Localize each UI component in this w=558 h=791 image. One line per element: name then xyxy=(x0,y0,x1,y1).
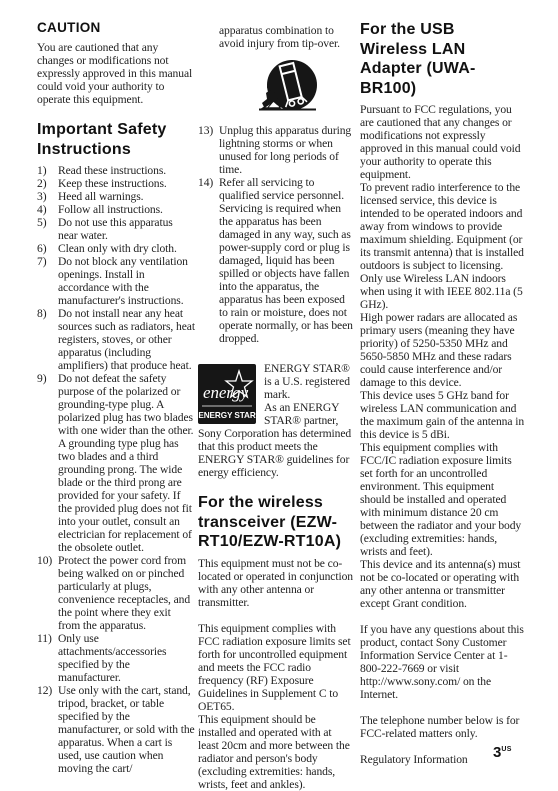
instruction-text: Clean only with dry cloth. xyxy=(58,242,195,255)
middle-column: apparatus combination to avoid injury fr… xyxy=(198,24,355,791)
instruction-number: 9) xyxy=(37,372,58,385)
instruction-text: Keep these instructions. xyxy=(58,177,195,190)
instruction-number: 4) xyxy=(37,203,58,216)
energy-star-section: energy ENERGY STAR ENERGY STAR® is a U.S… xyxy=(198,362,355,479)
instruction-number: 6) xyxy=(37,242,58,255)
paragraph: This equipment complies with FCC radiati… xyxy=(198,622,355,713)
instruction-item: 13) Unplug this apparatus during lightni… xyxy=(198,124,355,176)
instruction-text: Heed all warnings. xyxy=(58,190,195,203)
instruction-item: 8) Do not install near any heat sources … xyxy=(37,307,195,372)
energy-star-script-word: energy xyxy=(203,383,249,402)
instruction-text: Do not defeat the safety purpose of the … xyxy=(58,372,195,554)
right-column: For the USB Wireless LAN Adapter (UWA-BR… xyxy=(360,20,526,766)
instruction-number: 11) xyxy=(37,632,58,645)
instruction-text: Refer all servicing to qualified service… xyxy=(219,176,355,345)
paragraph: This equipment should be installed and o… xyxy=(198,713,355,791)
instruction-item: 5) Do not use this apparatus near water. xyxy=(37,216,195,242)
instruction-number: 8) xyxy=(37,307,58,320)
instruction-item: 1) Read these instructions. xyxy=(37,164,195,177)
instruction-item: 2) Keep these instructions. xyxy=(37,177,195,190)
wireless-transceiver-heading: For the wireless transceiver (EZW-RT10/E… xyxy=(198,493,355,552)
instruction-12-continuation: apparatus combination to avoid injury fr… xyxy=(198,24,355,50)
instruction-number: 2) xyxy=(37,177,58,190)
instruction-number: 7) xyxy=(37,255,58,268)
usb-wireless-lan-adapter-heading: For the USB Wireless LAN Adapter (UWA-BR… xyxy=(360,20,526,98)
instruction-item: 7) Do not block any ventilation openings… xyxy=(37,255,195,307)
paragraph: This equipment must not be co-located or… xyxy=(198,557,355,609)
support-contact-paragraph: If you have any questions about this pro… xyxy=(360,623,526,701)
cart-tip-over-warning-icon xyxy=(254,59,318,115)
instruction-number: 10) xyxy=(37,554,58,567)
instruction-text: Read these instructions. xyxy=(58,164,195,177)
left-column: CAUTION You are cautioned that any chang… xyxy=(37,20,195,775)
instruction-text: Do not use this apparatus near water. xyxy=(58,216,195,242)
paragraph: This device and its antenna(s) must not … xyxy=(360,558,526,610)
energy-star-logo: energy ENERGY STAR xyxy=(198,364,256,424)
caution-text: You are cautioned that any changes or mo… xyxy=(37,41,195,106)
energy-star-logo-label: ENERGY STAR xyxy=(198,411,255,420)
instruction-item: 14) Refer all servicing to qualified ser… xyxy=(198,176,355,345)
instruction-item: 10) Protect the power cord from being wa… xyxy=(37,554,195,632)
caution-heading: CAUTION xyxy=(37,20,195,36)
instruction-text: Use only with the cart, stand, tripod, b… xyxy=(58,684,195,775)
instruction-text: Only use attachments/accessories specifi… xyxy=(58,632,195,684)
paragraph: High power radars are allocated as prima… xyxy=(360,311,526,389)
instruction-number: 5) xyxy=(37,216,58,229)
paragraph: Only use Wireless LAN indoors when using… xyxy=(360,272,526,311)
instruction-item: 12) Use only with the cart, stand, tripo… xyxy=(37,684,195,775)
paragraph: This device uses 5 GHz band for wireless… xyxy=(360,389,526,441)
instruction-number: 14) xyxy=(198,176,219,189)
instruction-number: 3) xyxy=(37,190,58,203)
page-number: 3US xyxy=(493,743,512,759)
paragraph: This equipment complies with FCC/IC radi… xyxy=(360,441,526,558)
instruction-item: 9) Do not defeat the safety purpose of t… xyxy=(37,372,195,554)
paragraph: Pursuant to FCC regulations, you are cau… xyxy=(360,103,526,181)
important-safety-instructions-heading: Important Safety Instructions xyxy=(37,120,195,159)
instruction-number: 1) xyxy=(37,164,58,177)
instruction-text: Do not block any ventilation openings. I… xyxy=(58,255,195,307)
instruction-text: Protect the power cord from being walked… xyxy=(58,554,195,632)
fcc-telephone-note: The telephone number below is for FCC-re… xyxy=(360,714,526,740)
instruction-text: Do not install near any heat sources suc… xyxy=(58,307,195,372)
instruction-number: 12) xyxy=(37,684,58,697)
instruction-item: 6) Clean only with dry cloth. xyxy=(37,242,195,255)
instruction-item: 3) Heed all warnings. xyxy=(37,190,195,203)
paragraph: To prevent radio interference to the lic… xyxy=(360,181,526,272)
instruction-item: 4) Follow all instructions. xyxy=(37,203,195,216)
page-number-region-suffix: US xyxy=(501,746,511,753)
instruction-number: 13) xyxy=(198,124,219,137)
instruction-item: 11) Only use attachments/accessories spe… xyxy=(37,632,195,684)
instruction-text: Follow all instructions. xyxy=(58,203,195,216)
instruction-text: Unplug this apparatus during lightning s… xyxy=(219,124,355,176)
